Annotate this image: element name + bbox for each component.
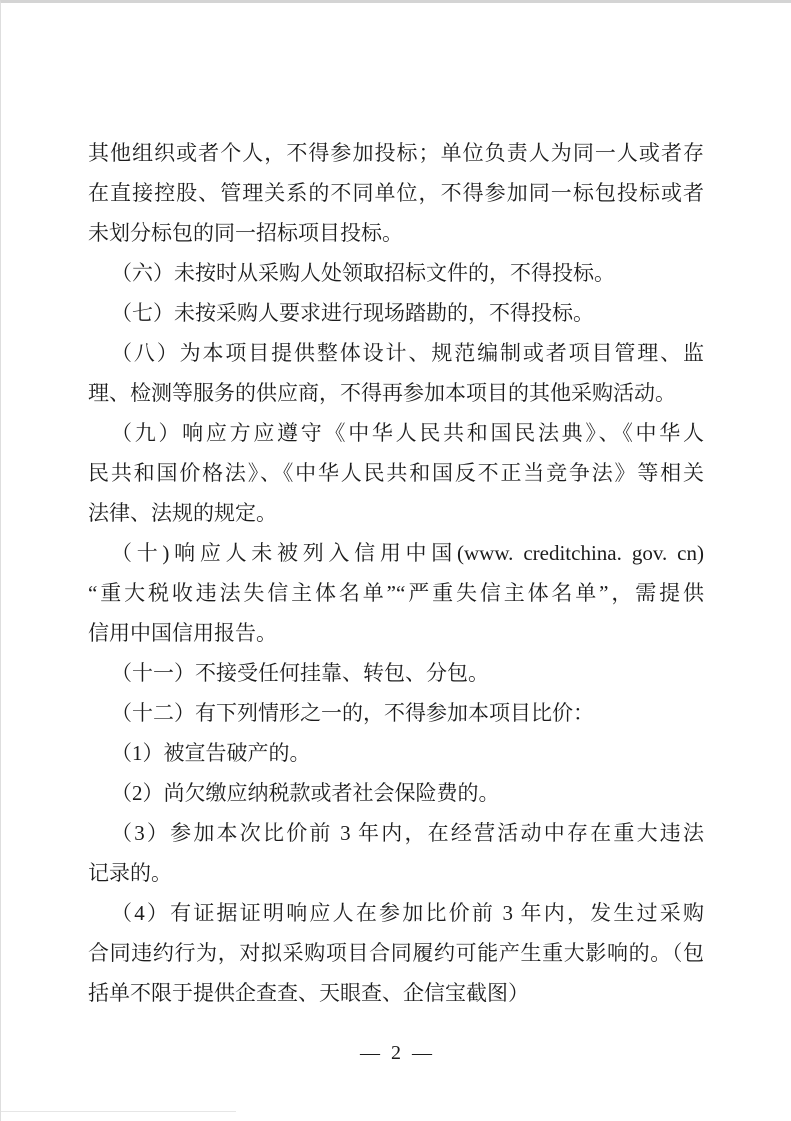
document-line: （1）被宣告破产的。	[88, 733, 704, 773]
document-line: （六）未按时从采购人处领取招标文件的，不得投标。	[88, 253, 704, 293]
document-line: （十一）不接受任何挂靠、转包、分包。	[88, 653, 704, 693]
document-line: （七）未按采购人要求进行现场踏勘的，不得投标。	[88, 293, 704, 333]
document-line: 信用中国信用报告。	[88, 613, 704, 653]
document-line: （2）尚欠缴应纳税款或者社会保险费的。	[88, 773, 704, 813]
page-number: — 2 —	[360, 1042, 432, 1064]
document-line: 在直接控股、管理关系的不同单位，不得参加同一标包投标或者	[88, 173, 704, 213]
document-line: 其他组织或者个人，不得参加投标；单位负责人为同一人或者存	[88, 133, 704, 173]
document-page: 其他组织或者个人，不得参加投标；单位负责人为同一人或者存 在直接控股、管理关系的…	[0, 0, 791, 1121]
document-line: 合同违约行为，对拟采购项目合同履约可能产生重大影响的。（包	[88, 933, 704, 973]
document-line: 理、检测等服务的供应商，不得再参加本项目的其他采购活动。	[88, 373, 704, 413]
document-line: “重大税收违法失信主体名单”“严重失信主体名单”，需提供	[88, 573, 704, 613]
document-line: （九）响应方应遵守《中华人民共和国民法典》、《中华人	[88, 413, 704, 453]
page-footer: — 2 —	[1, 1040, 791, 1066]
document-line: 括单不限于提供企查查、天眼查、企信宝截图）	[88, 973, 704, 1013]
document-line: （十)响应人未被列入信用中国(www. creditchina. gov. cn…	[88, 533, 704, 573]
document-line: （3）参加本次比价前 3 年内，在经营活动中存在重大违法	[88, 813, 704, 853]
document-line: 法律、法规的规定。	[88, 493, 704, 533]
document-line: （八）为本项目提供整体设计、规范编制或者项目管理、监	[88, 333, 704, 373]
document-line: 记录的。	[88, 853, 704, 893]
document-body: 其他组织或者个人，不得参加投标；单位负责人为同一人或者存 在直接控股、管理关系的…	[88, 133, 704, 1013]
document-line: （4）有证据证明响应人在参加比价前 3 年内，发生过采购	[88, 893, 704, 933]
page-edge-artifact	[1, 1111, 236, 1112]
document-line: 民共和国价格法》、《中华人民共和国反不正当竞争法》等相关	[88, 453, 704, 493]
document-line: 未划分标包的同一招标项目投标。	[88, 213, 704, 253]
document-line: （十二）有下列情形之一的，不得参加本项目比价：	[88, 693, 704, 733]
